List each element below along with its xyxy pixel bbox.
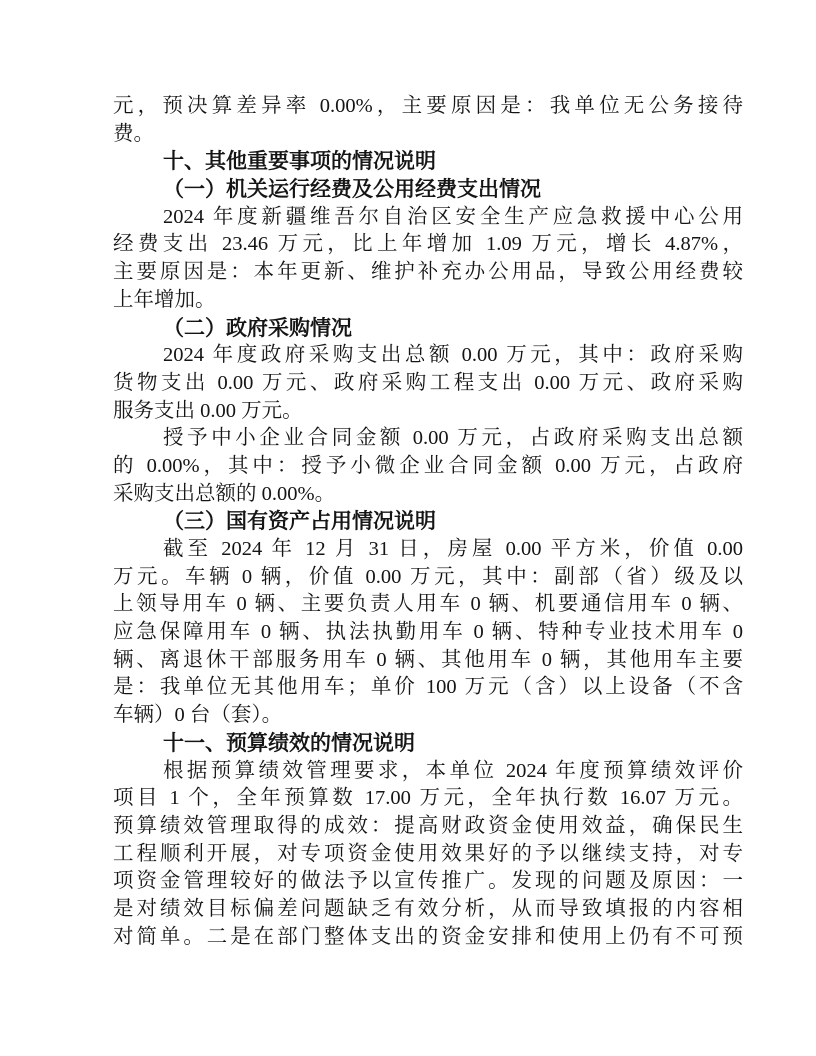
- text-line: 根据预算绩效管理要求，本单位 2024 年度预算绩效评价: [113, 758, 743, 786]
- heading-line: （三）国有资产占用情况说明: [113, 508, 743, 536]
- text-line: 是：我单位无其他用车；单价 100 万元（含）以上设备（不含: [113, 674, 743, 702]
- text-line: 授予中小企业合同金额 0.00 万元，占政府采购支出总额: [113, 425, 743, 453]
- text-line: 工程顺利开展，对专项资金使用效果好的予以继续支持，对专: [113, 841, 743, 869]
- text-line: 预算绩效管理取得的成效：提高财政资金使用效益，确保民生: [113, 813, 743, 841]
- text-line: 项资金管理较好的做法予以宣传推广。发现的问题及原因：一: [113, 868, 743, 896]
- heading-line: （二）政府采购情况: [113, 315, 743, 343]
- heading-line: （一）机关运行经费及公用经费支出情况: [113, 176, 743, 204]
- text-line: 2024 年度新疆维吾尔自治区安全生产应急救援中心公用: [113, 204, 743, 232]
- text-line: 项目 1 个，全年预算数 17.00 万元，全年执行数 16.07 万元。: [113, 785, 743, 813]
- text-line: 截至 2024 年 12 月 31 日，房屋 0.00 平方米，价值 0.00: [113, 536, 743, 564]
- text-line: 对简单。二是在部门整体支出的资金安排和使用上仍有不可预: [113, 924, 743, 952]
- text-line: 经费支出 23.46 万元，比上年增加 1.09 万元，增长 4.87%，: [113, 231, 743, 259]
- text-line: 应急保障用车 0 辆、执法执勤用车 0 辆、特种专业技术用车 0: [113, 619, 743, 647]
- text-line: 采购支出总额的 0.00%。: [113, 481, 743, 509]
- text-line: 万元。车辆 0 辆，价值 0.00 万元，其中：副部（省）级及以: [113, 564, 743, 592]
- document-body: 元，预决算差异率 0.00%，主要原因是：我单位无公务接待费。十、其他重要事项的…: [113, 93, 743, 951]
- document-page: 元，预决算差异率 0.00%，主要原因是：我单位无公务接待费。十、其他重要事项的…: [0, 0, 816, 1056]
- text-line: 车辆）0 台（套）。: [113, 702, 743, 730]
- text-line: 上年增加。: [113, 287, 743, 315]
- heading-line: 十、其他重要事项的情况说明: [113, 148, 743, 176]
- text-line: 服务支出 0.00 万元。: [113, 398, 743, 426]
- text-line: 辆、离退休干部服务用车 0 辆、其他用车 0 辆，其他用车主要: [113, 647, 743, 675]
- text-line: 元，预决算差异率 0.00%，主要原因是：我单位无公务接待: [113, 93, 743, 121]
- text-line: 费。: [113, 121, 743, 149]
- text-line: 主要原因是：本年更新、维护补充办公用品，导致公用经费较: [113, 259, 743, 287]
- text-line: 2024 年度政府采购支出总额 0.00 万元，其中：政府采购: [113, 342, 743, 370]
- text-line: 货物支出 0.00 万元、政府采购工程支出 0.00 万元、政府采购: [113, 370, 743, 398]
- text-line: 上领导用车 0 辆、主要负责人用车 0 辆、机要通信用车 0 辆、: [113, 591, 743, 619]
- text-line: 是对绩效目标偏差问题缺乏有效分析，从而导致填报的内容相: [113, 896, 743, 924]
- heading-line: 十一、预算绩效的情况说明: [113, 730, 743, 758]
- text-line: 的 0.00%，其中：授予小微企业合同金额 0.00 万元，占政府: [113, 453, 743, 481]
